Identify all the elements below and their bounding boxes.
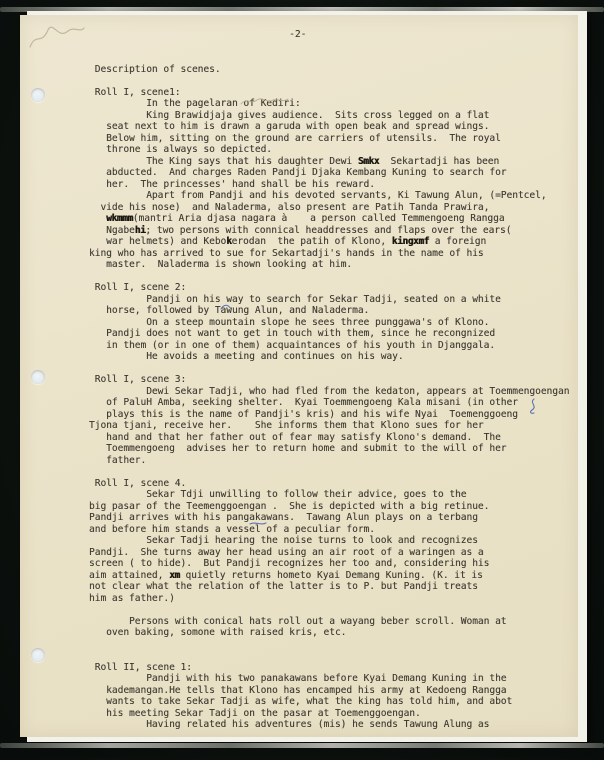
typed-line: kademangan.He tells that Klono has encam… — [89, 685, 589, 697]
punch-hole — [31, 648, 45, 662]
typed-line — [89, 466, 589, 478]
typed-line: Persons with conical hats roll out a way… — [89, 616, 589, 628]
typed-line: hand and that her father out of fear may… — [89, 432, 589, 444]
typed-line: Description of scenes. — [89, 64, 589, 76]
punch-hole — [31, 88, 45, 102]
typed-line: Pandji does not want to get in touch wit… — [89, 328, 589, 340]
typed-line: Roll I, scene 4. — [89, 478, 589, 490]
ink-squiggle — [527, 398, 539, 415]
typed-line: in them (or in one of them) acquaintance… — [89, 340, 589, 352]
typed-line — [89, 650, 589, 662]
typed-line: Pandji with his two panakawans before Ky… — [89, 673, 589, 685]
typed-line: seat next to him is drawn a garuda with … — [89, 121, 589, 133]
typed-line: plays this is the name of Pandji's kris)… — [89, 409, 589, 421]
typed-line: him as father.) — [89, 593, 589, 605]
typed-line: horse, followed by Tawung Alun, and Nala… — [89, 305, 589, 317]
typed-line: aim attained, xm quietly returns hometo … — [89, 570, 589, 582]
typed-line: father. — [89, 455, 589, 467]
punch-hole — [31, 370, 45, 384]
typed-line: Having related his adventures (mis) he s… — [89, 719, 589, 731]
typed-line: The King says that his daughter Dewi Smk… — [89, 156, 589, 168]
typed-line: -2- — [89, 29, 589, 41]
typed-text-block: -2- Description of scenes. Roll I, scene… — [89, 29, 589, 731]
typed-line: Pandji. She turns away her head using an… — [89, 547, 589, 559]
typed-line — [89, 52, 589, 64]
typed-line: Apart from Pandji and his devoted servan… — [89, 190, 589, 202]
typed-line: Tjona tjani, receive her. She informs th… — [89, 420, 589, 432]
typed-line: Toemmengoeng advises her to return home … — [89, 443, 589, 455]
typed-line: Roll I, scene 2: — [89, 282, 589, 294]
typed-line — [89, 75, 589, 87]
typed-line: his meeting Sekar Tadji on the pasar at … — [89, 708, 589, 720]
typed-line — [89, 41, 589, 53]
typed-line: big pasar of the Teemenggoengan . She is… — [89, 501, 589, 513]
typed-line: In the pagelaran of Kediri: — [89, 98, 589, 110]
typed-line: Sekar Tadji hearing the noise turns to l… — [89, 535, 589, 547]
typed-line: master. Naladerma is shown looking at hi… — [89, 259, 589, 271]
typed-line: Pandji on his way to search for Sekar Ta… — [89, 294, 589, 306]
typed-line: He avoids a meeting and continues on his… — [89, 351, 589, 363]
typed-line: Ngabehi; two persons with connical headd… — [89, 225, 589, 237]
scanned-page-view: -2- Description of scenes. Roll I, scene… — [0, 0, 604, 760]
typed-line: On a steep mountain slope he sees three … — [89, 317, 589, 329]
typed-line: Below him, sitting on the ground are car… — [89, 133, 589, 145]
typed-line: screen ( to hide). But Pandji recognizes… — [89, 558, 589, 570]
typed-line: and before him stands a vessel of a pecu… — [89, 524, 589, 536]
typed-line: king who has arrived to sue for Sekartad… — [89, 248, 589, 260]
typed-line: her. The princesses' hand shall be his r… — [89, 179, 589, 191]
typed-line: wkmmm(mantri Aria djasa nagara à a perso… — [89, 213, 589, 225]
sleeve-reflection-bottom — [0, 743, 604, 748]
typed-line: oven baking, somone with raised kris, et… — [89, 627, 589, 639]
typed-line: Sekar Tdji unwilling to follow their adv… — [89, 489, 589, 501]
typed-line — [89, 604, 589, 616]
typed-line — [89, 363, 589, 375]
typed-line: abducted. And charges Raden Pandji Djaka… — [89, 167, 589, 179]
typed-line: Pandji arrives with his pangakawans. Taw… — [89, 512, 589, 524]
pencil-scribble — [26, 20, 88, 52]
typed-line: not clear what the relation of the latte… — [89, 581, 589, 593]
typed-line: King Brawidjaja gives audience. Sits cro… — [89, 110, 589, 122]
typed-line: wants to take Sekar Tadji as wife, what … — [89, 696, 589, 708]
typed-line: throne is always so depicted. — [89, 144, 589, 156]
typed-line: vide his nose) and Naladerma, also prese… — [89, 202, 589, 214]
typed-line: Roll I, scene 3: — [89, 374, 589, 386]
pencil-note — [239, 95, 291, 108]
ink-underline — [249, 520, 267, 527]
typed-line — [89, 639, 589, 651]
ink-caret — [220, 303, 232, 311]
typed-line: Roll II, scene 1: — [89, 662, 589, 674]
typed-line: war helmets) and Kebokerodan the patih o… — [89, 236, 589, 248]
typed-line: of PaluH Amba, seeking shelter. Kyai Toe… — [89, 397, 589, 409]
typed-line — [89, 271, 589, 283]
typed-line: Roll I, scene1: — [89, 87, 589, 99]
typed-line: Dewi Sekar Tadji, who had fled from the … — [89, 386, 589, 398]
